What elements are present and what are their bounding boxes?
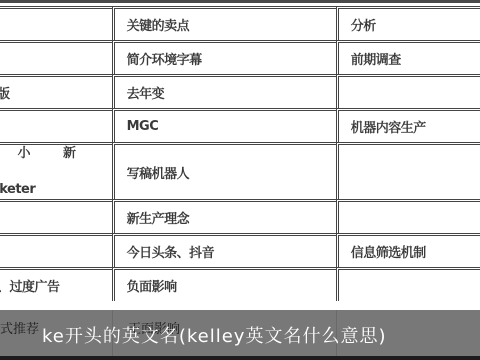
table-cell: 营销 [0, 108, 112, 142]
table-row: 客 小 新 、 marketer 写稿机器人 [0, 142, 480, 199]
table-cell: 英文版 [0, 74, 112, 108]
table-cell [336, 74, 480, 108]
table-cell: MGC [112, 108, 336, 142]
table-cell: 体验、过度广告 [0, 267, 112, 301]
table-row: 体验、过度广告 负面影响 [0, 267, 480, 301]
table-row: 仪 简介环境字幕 前期调查 [0, 40, 480, 74]
image-caption: ke开头的英文名(kelley英文名什么意思) [42, 322, 387, 348]
table-cell: 仪 [0, 40, 112, 74]
table-cell: 内容 [0, 233, 112, 267]
header-cell-analysis: 分析 [336, 6, 480, 40]
table-cell: 新生产理念 [112, 199, 336, 233]
table-cell: 工作 [0, 199, 112, 233]
table-cell [336, 199, 480, 233]
table-cell: 信息筛选机制 [336, 233, 480, 267]
table-row: 内容 今日头条、抖音 信息筛选机制 [0, 233, 480, 267]
table-cell: 客 小 新 、 marketer [0, 142, 112, 199]
table-row: 工作 新生产理念 [0, 199, 480, 233]
table-cell: 负面影响 [112, 267, 336, 301]
table-row: 英文版 去年变 [0, 74, 480, 108]
table-cell: 前期调查 [336, 40, 480, 74]
table-cell: 式推荐 [0, 318, 39, 337]
page: 关键的卖点 分析 仪 简介环境字幕 前期调查 英文版 去年变 营销 MGC 机器… [0, 0, 480, 360]
table-cell: 去年变 [112, 74, 336, 108]
table-header-row: 关键的卖点 分析 [0, 6, 480, 40]
table-cell [336, 267, 480, 301]
top-border [0, 0, 480, 3]
header-cell-1 [0, 6, 112, 40]
table-cell: 今日头条、抖音 [112, 233, 336, 267]
table-row: 营销 MGC 机器内容生产 [0, 108, 480, 142]
content-table: 关键的卖点 分析 仪 简介环境字幕 前期调查 英文版 去年变 营销 MGC 机器… [0, 6, 480, 301]
table-cell: 写稿机器人 [112, 142, 336, 199]
table-cell [336, 142, 480, 199]
table-cell: 简介环境字幕 [112, 40, 336, 74]
bottom-border [0, 356, 480, 360]
cell-line: marketer [0, 181, 112, 199]
header-cell-key-selling-point: 关键的卖点 [112, 6, 336, 40]
table-cell: 机器内容生产 [336, 108, 480, 142]
cell-line: 客 小 新 、 [0, 145, 112, 181]
table-container: 关键的卖点 分析 仪 简介环境字幕 前期调查 英文版 去年变 营销 MGC 机器… [0, 6, 480, 301]
